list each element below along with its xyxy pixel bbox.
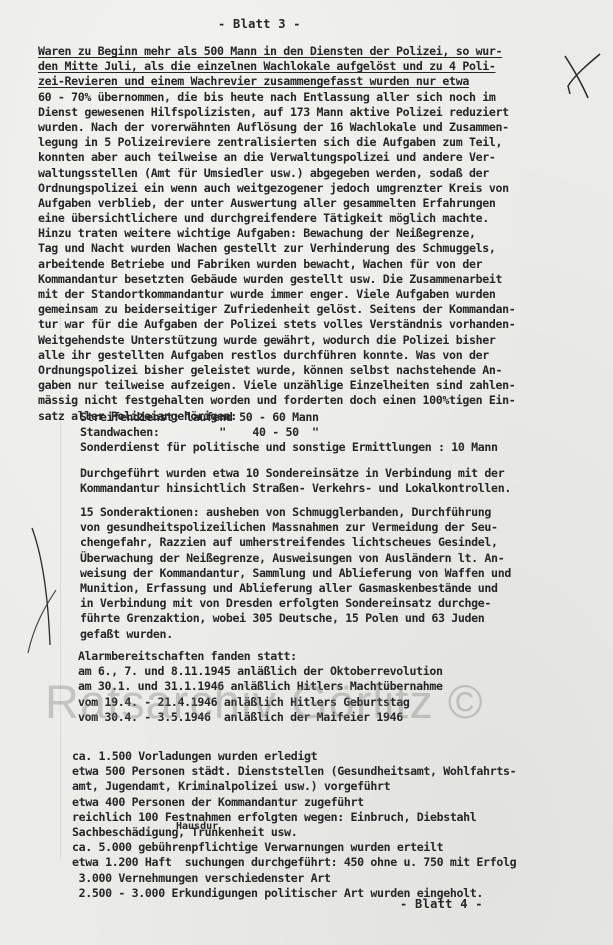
text-line: Waren zu Beginn mehr als 500 Mann in den… — [38, 44, 515, 59]
text-line: Durchgeführt wurden etwa 10 Sondereinsät… — [80, 466, 511, 481]
text-line: Kommandantur besetzten Gebäude wurden ge… — [38, 272, 515, 287]
text-line: Standwachen: " 40 - 50 " — [80, 425, 498, 440]
text-line: Kommandantur hinsichtlich Straßen- Verke… — [80, 481, 511, 496]
statistics-list: ca. 1.500 Vorladungen wurden erledigtetw… — [72, 749, 516, 901]
text-line: Ordnungspolizei ein wenn auch weitgezoge… — [38, 181, 515, 196]
sonderaktionen-paragraph: 15 Sonderaktionen: ausheben von Schmuggl… — [80, 505, 511, 642]
handwritten-margin-stroke-icon — [22, 525, 62, 660]
text-line: gaben nur teilweise aufzeigen. Viele unz… — [38, 378, 515, 393]
text-line: tur war für die Aufgaben der Polizei ste… — [38, 317, 515, 332]
text-line: etwa 400 Personen der Kommandantur zugef… — [72, 795, 516, 810]
text-line: in Verbindung mit von Dresden erfolgten … — [80, 596, 511, 611]
text-line: Ordnungspolizei bisher geleistet wurde, … — [38, 363, 515, 378]
text-line: alle ihr gestellten Aufgaben restlos dur… — [38, 348, 515, 363]
text-line: konnten aber auch teilweise an die Verwa… — [38, 150, 515, 165]
text-line: Alarmbereitschaften fanden statt: — [78, 649, 443, 664]
overtyped-correction: Hausdur — [176, 821, 218, 832]
text-line: Überwachung der Neißegrenze, Ausweisunge… — [80, 551, 511, 566]
staffing-list: Streifendienst: laufend 50 - 60 MannStan… — [80, 410, 498, 456]
text-line: Tag und Nacht wurden Wachen gestellt zur… — [38, 241, 515, 256]
text-line: ca. 1.500 Vorladungen wurden erledigt — [72, 749, 516, 764]
text-line: Hinzu traten weitere wichtige Aufgaben: … — [38, 226, 515, 241]
text-line: 3.000 Vernehmungen verschiedenster Art — [72, 871, 516, 886]
text-line: Munition, Erfassung und Ablieferung alle… — [80, 581, 511, 596]
text-line: chengefahr, Razzien auf umherstreifendes… — [80, 535, 511, 550]
sondereinsaetze-paragraph: Durchgeführt wurden etwa 10 Sondereinsät… — [80, 466, 511, 496]
text-line: mit der Standortkommandantur wurde immer… — [38, 287, 515, 302]
text-line: wurden. Nach der vorerwähnten Auflösung … — [38, 120, 515, 135]
text-line: etwa 1.200 Haft suchungen durchgeführt: … — [72, 855, 516, 870]
text-line: gemeinsam zu beiderseitiger Zufriedenhei… — [38, 302, 515, 317]
text-line: amt, Jugendamt, Kriminalpolizei usw.) vo… — [72, 779, 516, 794]
text-line: gefaßt wurden. — [80, 627, 511, 642]
text-line: Weitgehendste Unterstützung wurde gewähr… — [38, 333, 515, 348]
text-line: arbeitende Betriebe und Fabriken wurden … — [38, 257, 515, 272]
text-line: waltungsstellen (Amt für Umsiedler usw.)… — [38, 166, 515, 181]
text-line: eine übersichtlichere und durchgreifende… — [38, 211, 515, 226]
text-line: zei-Revieren und einem Wachrevier zusamm… — [38, 74, 515, 89]
text-line: führte Grenzaktion, wobei 305 Deutsche, … — [80, 611, 511, 626]
text-line: reichlich 100 Festnahmen erfolgten wegen… — [72, 810, 516, 825]
text-line: mässig nicht festgehalten worden und for… — [38, 393, 515, 408]
text-line: Sachbeschädigung, Trunkenheit usw. — [72, 825, 516, 840]
text-line: Streifendienst: laufend 50 - 60 Mann — [80, 410, 498, 425]
archive-watermark: Ratsarchiv Görlitz © — [45, 674, 484, 729]
text-line: Sonderdienst für politische und sonstige… — [80, 440, 498, 455]
text-line: Aufgaben verblieb, der unter Auswertung … — [38, 196, 515, 211]
text-line: 60 - 70% übernommen, die bis heute nach … — [38, 90, 515, 105]
handwritten-x-mark-icon — [560, 52, 605, 102]
main-paragraph: Waren zu Beginn mehr als 500 Mann in den… — [38, 44, 515, 424]
page-footer: - Blatt 4 - — [400, 897, 483, 911]
text-line: Dienst gewesenen Hilfspolizisten, auf 17… — [38, 105, 515, 120]
page-header: - Blatt 3 - — [218, 17, 301, 31]
text-line: weisung der Kommandantur, Sammlung und A… — [80, 566, 511, 581]
text-line: legung in 5 Polizeireviere zentralisiert… — [38, 135, 515, 150]
text-line: von gesundheitspolizeilichen Massnahmen … — [80, 520, 511, 535]
text-line: 15 Sonderaktionen: ausheben von Schmuggl… — [80, 505, 511, 520]
text-line: ca. 5.000 gebührenpflichtige Verwarnunge… — [72, 840, 516, 855]
text-line: etwa 500 Personen städt. Dienststellen (… — [72, 764, 516, 779]
text-line: den Mitte Juli, als die einzelnen Wachlo… — [38, 59, 515, 74]
